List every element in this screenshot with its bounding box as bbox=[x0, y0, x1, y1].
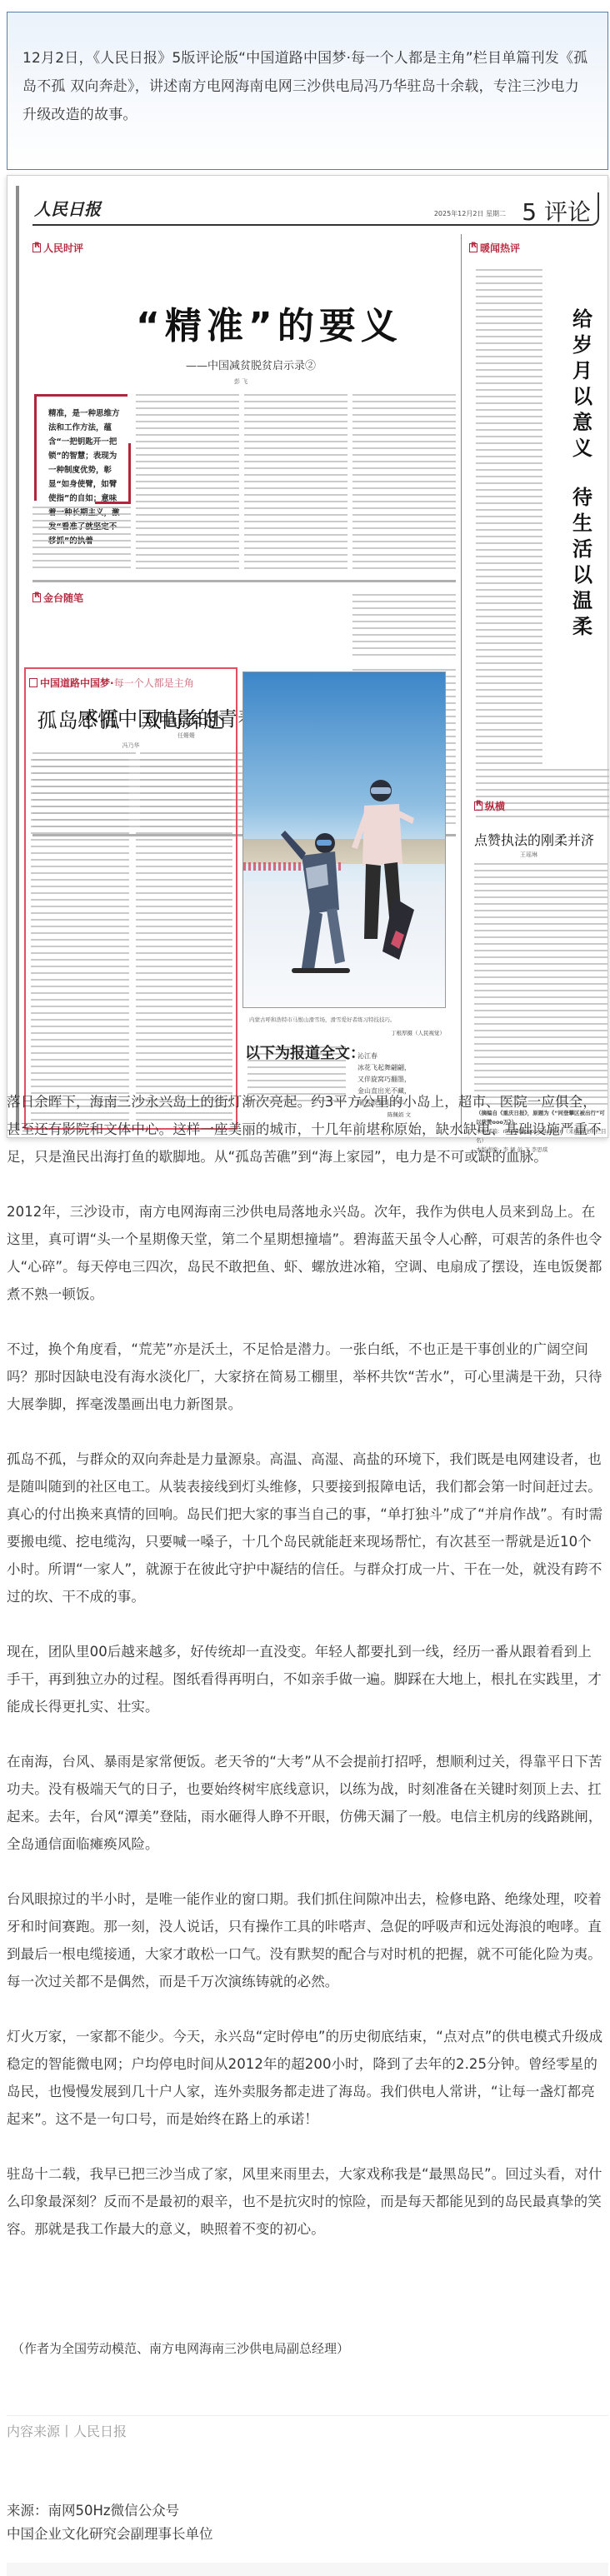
source-line: 来源：南网50Hz微信公众号 bbox=[7, 2499, 213, 2523]
section-label-renmin-shiping: 人民时评 bbox=[32, 241, 83, 255]
section-label-zongheng: 纵横 bbox=[474, 799, 505, 813]
headline-law-enforcement: 点赞执法的刚柔并济 bbox=[474, 830, 594, 849]
newspaper-logo: 人民日报 bbox=[34, 196, 101, 220]
article-paragraph: 灯火万家，一家都不能少。今天，永兴岛“定时停电”的历史彻底结束，“点对点”的供电… bbox=[7, 2023, 605, 2133]
r-badge-icon bbox=[32, 243, 41, 252]
featured-kicker: 中国道路中国梦·每一个人都是主角 bbox=[29, 676, 194, 690]
section-label-jintai-suibi: 金台随笔 bbox=[32, 591, 83, 605]
pull-quote: 精准，是一种思维方法和工作方法，蕴含“一把钥匙开一把锁”的智慧；表现为一种制度优… bbox=[34, 394, 127, 501]
newspaper-page-image[interactable]: 人民日报 2025年12月2日 星期二 5 评论 人民时评 “精准”的要义 ——… bbox=[7, 175, 608, 1138]
full-text-heading: 以下为报道全文： bbox=[0, 1041, 610, 1063]
snowboarding-photo bbox=[242, 671, 446, 1008]
article-paragraph: 孤岛不孤，与群众的双向奔赴是力量源泉。高温、高湿、高盐的环境下，我们既是电网建设… bbox=[7, 1445, 605, 1610]
newspaper-page-number: 5 评论 bbox=[522, 194, 591, 227]
intro-summary-box: 12月2日，《人民日报》5版评论版“中国道路中国梦·每一个人都是主角”栏目单篇刊… bbox=[7, 12, 608, 170]
source-info: 来源：南网50Hz微信公众号 中国企业文化研究会副理事长单位 bbox=[7, 2499, 213, 2546]
text-column bbox=[352, 394, 456, 569]
photo-credit: 丁根厚摄（人民视觉） bbox=[391, 1029, 445, 1036]
r-badge-icon bbox=[32, 593, 41, 602]
intro-text: 12月2日，《人民日报》5版评论版“中国道路中国梦·每一个人都是主角”栏目单篇刊… bbox=[22, 44, 592, 129]
text-column bbox=[474, 863, 607, 1105]
headline-jingzhun: “精准”的要义 bbox=[136, 296, 402, 349]
newspaper-masthead: 人民日报 2025年12月2日 星期二 5 评论 bbox=[32, 192, 599, 226]
snowboarder-figure bbox=[277, 818, 352, 985]
r-badge-icon bbox=[29, 678, 37, 687]
column-divider bbox=[461, 234, 462, 1134]
org-line: 中国企业文化研究会副理事长单位 bbox=[7, 2523, 213, 2546]
headline-law-enforcement-byline: 王瑶琳 bbox=[520, 851, 537, 859]
snowboarder-figure bbox=[347, 772, 414, 964]
article-body: 落日余晖下，海南三沙永兴岛上的街灯渐次亮起。约3平方公里的小岛上，超市、医院一应… bbox=[7, 1088, 605, 2270]
article-paragraph: 现在，团队里00后越来越多，好传统却一直没变。年轻人都要扎到一线，经历一番从跟着… bbox=[7, 1638, 605, 1720]
headline-jingzhun-byline: 彭 飞 bbox=[234, 377, 247, 386]
divider bbox=[7, 2415, 608, 2416]
photo-caption: 内蒙古呼和浩特市马鬃山滑雪场，滑雪爱好者练习特技技巧。 bbox=[249, 1016, 396, 1023]
article-paragraph: 2012年，三沙设市，南方电网海南三沙供电局落地永兴岛。次年，我作为供电人员来到… bbox=[7, 1198, 605, 1308]
r-badge-icon bbox=[469, 243, 477, 252]
text-column bbox=[32, 507, 131, 573]
text-column bbox=[136, 394, 239, 569]
featured-author: 冯乃华 bbox=[26, 741, 236, 750]
vertical-headline: 给岁月以意义 待生活以温柔 bbox=[567, 307, 597, 640]
bottom-bar bbox=[7, 2563, 608, 2576]
section-divider bbox=[32, 580, 456, 582]
article-paragraph: 台风眼掠过的半小时，是唯一能作业的窗口期。我们抓住间隙冲出去，检修电路、绝缘处理… bbox=[7, 1885, 605, 1995]
author-note: （作者为全国劳动模范、南方电网海南三沙供电局副总经理） bbox=[12, 2339, 349, 2357]
text-column bbox=[352, 594, 456, 661]
section-label-nuanwen-reping: 暖闻热评 bbox=[469, 241, 520, 255]
article-paragraph: 驻岛十二载，我早已把三沙当成了家，风里来雨里去，大家戏称我是“最黑岛民”。回过头… bbox=[7, 2160, 605, 2243]
featured-title: 孤岛不孤 双向奔赴 bbox=[26, 704, 236, 733]
newspaper-date: 2025年12月2日 星期二 bbox=[434, 209, 506, 218]
text-column bbox=[476, 269, 542, 769]
headline-jingzhun-subtitle: ——中国减贫脱贫启示录② bbox=[186, 357, 316, 372]
article-paragraph: 在南海，台风、暴雨是家常便饭。老天爷的“大考”从不会提前打招呼，想顺利过关，得靠… bbox=[7, 1748, 605, 1858]
article-paragraph: 落日余晖下，海南三沙永兴岛上的街灯渐次亮起。约3平方公里的小岛上，超市、医院一应… bbox=[7, 1088, 605, 1171]
article-paragraph: 不过，换个角度看，“荒芜”亦是沃土，不足恰是潜力。一张白纸，不也正是干事创业的广… bbox=[7, 1335, 605, 1418]
text-column bbox=[244, 394, 347, 569]
r-badge-icon bbox=[474, 801, 482, 811]
text-column bbox=[31, 759, 129, 1126]
text-column bbox=[136, 759, 232, 1126]
content-source: 内容来源丨人民日报 bbox=[7, 2421, 127, 2440]
